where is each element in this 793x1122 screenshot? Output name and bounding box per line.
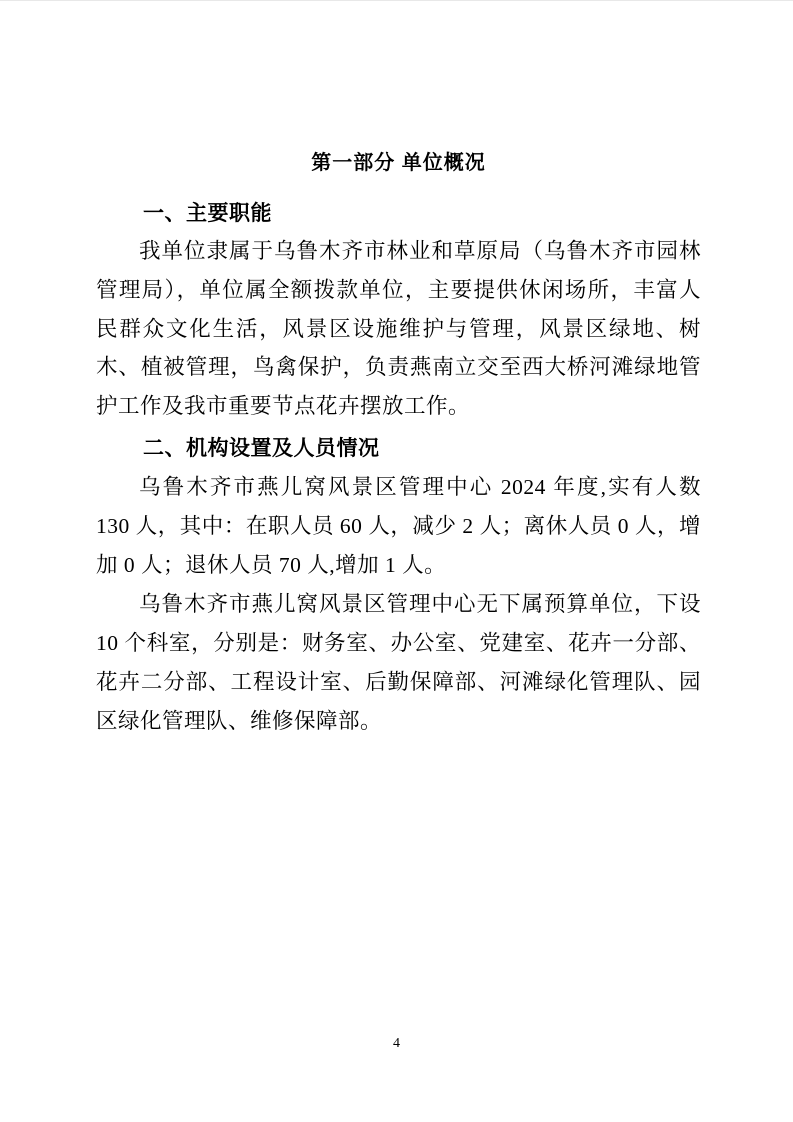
paragraph-departments: 乌鲁木齐市燕儿窝风景区管理中心无下属预算单位，下设 10 个科室，分别是：财务室…: [96, 585, 701, 740]
section-heading-org-structure: 二、机构设置及人员情况: [96, 433, 701, 465]
document-body: 第一部分 单位概况 一、主要职能 我单位隶属于乌鲁木齐市林业和草原局（乌鲁木齐市…: [0, 1, 793, 1122]
document-page: { "document": { "title": "第一部分 单位概况", "s…: [0, 0, 793, 1122]
section-heading-main-functions: 一、主要职能: [96, 198, 701, 230]
paragraph-personnel: 乌鲁木齐市燕儿窝风景区管理中心 2024 年度,实有人数 130 人，其中：在职…: [96, 468, 701, 584]
page-number: 4: [0, 1035, 793, 1053]
page-title: 第一部分 单位概况: [96, 148, 701, 178]
paragraph-main-functions: 我单位隶属于乌鲁木齐市林业和草原局（乌鲁木齐市园林管理局），单位属全额拨款单位，…: [96, 232, 701, 426]
